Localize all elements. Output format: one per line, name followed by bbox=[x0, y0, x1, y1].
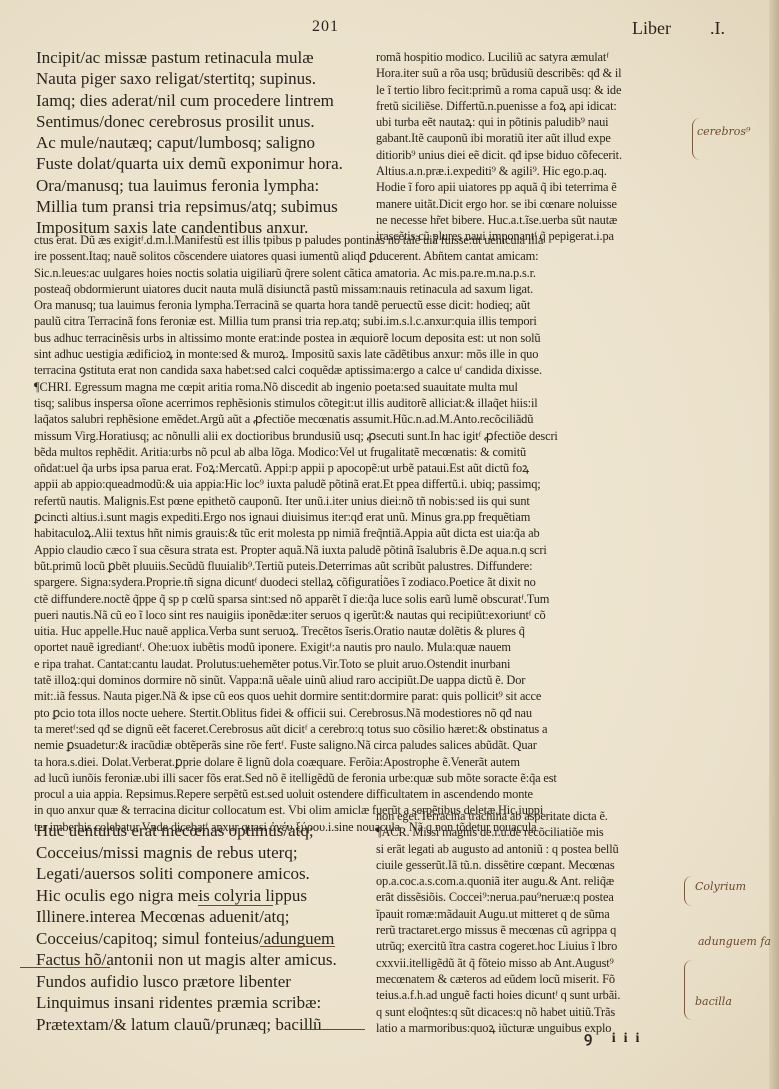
commentary-line: ad lucũ iunõis feroniæ.ubi illi sacer fõ… bbox=[34, 770, 558, 786]
commentary-line: ditiorib⁹ unius diei eẽ dicit. qđ ipse b… bbox=[376, 147, 622, 163]
commentary-line: ꝑcincti altius.i.sunt magis expediti.Erg… bbox=[34, 509, 558, 525]
verse-line: Ac mule/nautæq; caput/lumbosq; saligno bbox=[36, 132, 343, 153]
verse-block-bottom: Huc uenturus erat mecœnas optimus/atq; C… bbox=[36, 820, 337, 1035]
commentary-line: oportet nauẽ igrediantᶠ. Ohe:uox iubẽtis… bbox=[34, 639, 558, 655]
marginal-note: Colyrium bbox=[695, 880, 746, 893]
page-edge-shadow bbox=[769, 0, 779, 1089]
commentary-line: teius.a.f.h.ad unguẽ facti hoies dicuntᶠ… bbox=[376, 987, 620, 1003]
margin-bracket bbox=[684, 960, 693, 1020]
commentary-line: tatẽ illoꝝ:qui dominos dormire nõ sinũt.… bbox=[34, 672, 558, 688]
commentary-line: sint adhuc uestigia ædificioꝝ in monte:s… bbox=[34, 346, 558, 362]
commentary-line: erãt dissẽsiõis. Coccei⁹:nerua.pau⁹neruæ… bbox=[376, 889, 620, 905]
verse-line: Millia tum pransi tria repsimus/atq; sub… bbox=[36, 196, 343, 217]
commentary-line: ire possent.Itaq; nauẽ solitos cõscender… bbox=[34, 248, 558, 264]
commentary-line: Ora manusq; tua lauimus feronia lympha.T… bbox=[34, 297, 558, 313]
verse-line: Legati/auersos soliti componere amicos. bbox=[36, 863, 337, 885]
signature-mark: ꝯ iii bbox=[584, 1028, 647, 1047]
verse-line: Illinere.interea Mecœnas aduenit/atq; bbox=[36, 906, 337, 928]
commentary-line: le ĩ tertio libro fecit:primũ a roma cap… bbox=[376, 82, 622, 98]
commentary-line: mit:.iã fessus. Nauta piger.Nã & ipse cũ… bbox=[34, 688, 558, 704]
commentary-line: ciuile gesserũt.Iã tũ.n. dissẽtire cœpan… bbox=[376, 857, 620, 873]
verse-block-top: Incipit/ac missæ pastum retinacula mulæ … bbox=[36, 47, 343, 239]
commentary-line: laq̃atos salubri rephẽsione emẽdet.Argũ … bbox=[34, 411, 558, 427]
commentary-line: cxxvii.itelligẽdũ ãt q̃ fõteio misso ab … bbox=[376, 955, 620, 971]
verse-line: Linquimus insani ridentes præmia scribæ: bbox=[36, 992, 337, 1014]
book-number: .I. bbox=[710, 18, 725, 39]
commentary-line: procul a uia appia. Repsimus.Repere serp… bbox=[34, 786, 558, 802]
commentary-line: appii ab appio:queadmodũ:& uia appia:Hic… bbox=[34, 476, 558, 492]
commentary-line: Hora.iter suũ a rõa usq; brũdusiũ descri… bbox=[376, 65, 622, 81]
commentary-line: utrũq; exercitũ ĩtra castra cogeret.hoc … bbox=[376, 938, 620, 954]
commentary-line: oñdat:uel q̃a urbs ipsa parua erat. Foꝝ:… bbox=[34, 460, 558, 476]
commentary-line: non eget.Terracina trachina ab asperitat… bbox=[376, 808, 620, 824]
marginal-note: bacilla bbox=[695, 995, 732, 1008]
handwritten-underline bbox=[300, 1029, 365, 1030]
commentary-line: Hodie ĩ foro apii uiatores pp aquã q̃ ib… bbox=[376, 179, 622, 195]
handwritten-underline bbox=[260, 946, 335, 947]
commentary-line: q sunt eloq̃ntes:q sũt dicaces:q nõ habe… bbox=[376, 1004, 620, 1020]
commentary-line: romã hospitio modico. Luciliũ ac satyra … bbox=[376, 49, 622, 65]
handwritten-underline bbox=[198, 905, 273, 906]
verse-line: Nauta piger saxo religat/stertitq; supin… bbox=[36, 68, 343, 89]
commentary-line: fretũ siciliẽse. Differtũ.n.puenisse a f… bbox=[376, 98, 622, 114]
commentary-line: Appio claudio cæco ĩ sua cẽsura strata e… bbox=[34, 542, 558, 558]
commentary-line: paulũ citra Terracinã fons feroniæ est. … bbox=[34, 313, 558, 329]
commentary-line: ĩpauit romæ:mãdauit Augu.ut mitteret q d… bbox=[376, 906, 620, 922]
commentary-line: nemie ꝑsuadetur:& iracũdiæ obtẽperãs sin… bbox=[34, 737, 558, 753]
commentary-line: manere uitãt.Dicit ergo hor. se ibi cœna… bbox=[376, 196, 622, 212]
verse-line: Hic oculis ego nigra meis colyria lippus bbox=[36, 885, 337, 907]
commentary-line: bẽda multos rephẽdit. Aritia:urbs nõ pcu… bbox=[34, 444, 558, 460]
commentary-line: posteaq̃ obdormierunt uiatores ducit nau… bbox=[34, 281, 558, 297]
commentary-line: si erãt legati ab augusto ad antoniũ : q… bbox=[376, 841, 620, 857]
commentary-line: ubi turba eẽt nautaꝝ: qui in põtinis pal… bbox=[376, 114, 622, 130]
commentary-line: ¶ACR. Missi magnis de.r.u.de recõciliati… bbox=[376, 824, 620, 840]
commentary-line: Altius.a.n.præ.i.expediti⁹ & agili⁹. Hic… bbox=[376, 163, 622, 179]
commentary-line: bus adhuc terracinẽsis urbs in altissimo… bbox=[34, 330, 558, 346]
commentary-line: op.a.coc.a.s.com.a.quoniã iter augu.& An… bbox=[376, 873, 620, 889]
commentary-line: mecœnatem & cæteros ad eũdem locũ miseri… bbox=[376, 971, 620, 987]
commentary-line: ne necesse hr̃et bibere. Huc.a.t.ĩse.uer… bbox=[376, 212, 622, 228]
margin-bracket bbox=[684, 876, 693, 906]
marginal-note: adunguem fa bbox=[698, 935, 771, 948]
commentary-line: pueri nautis.Nã cũ eo ĩ loco sint res na… bbox=[34, 607, 558, 623]
verse-line: Incipit/ac missæ pastum retinacula mulæ bbox=[36, 47, 343, 68]
commentary-right-top: romã hospitio modico. Luciliũ ac satyra … bbox=[376, 49, 622, 245]
verse-line: Iamq; dies aderat/nil cum procedere lint… bbox=[36, 90, 343, 111]
commentary-line: ctẽ diffundere.noctẽ q̃ppe q̃ sp p cœlũ … bbox=[34, 591, 558, 607]
page-number: 201 bbox=[312, 18, 339, 36]
commentary-line: Sic.n.leues:ac uulgares hoies noctis sol… bbox=[34, 265, 558, 281]
commentary-line: terracina ꝯstituta erat non candida saxa… bbox=[34, 362, 558, 378]
commentary-right-bottom: non eget.Terracina trachina ab asperitat… bbox=[376, 808, 620, 1036]
commentary-line: rerũ tractaret.ergo missus ẽ mecœnas cũ … bbox=[376, 922, 620, 938]
verse-line: Fundos aufidio lusco prætore libenter bbox=[36, 971, 337, 993]
commentary-line: tisq; salibus inspersa oĩone acerrimos r… bbox=[34, 395, 558, 411]
commentary-line: gabant.Itẽ cauponũ ibi moratiũ iter aũt … bbox=[376, 130, 622, 146]
commentary-line: missum Virg.Horatiusq; ac nõnulli alii e… bbox=[34, 428, 558, 444]
commentary-line: ¶CHRI. Egressum magna me cœpit aritia ro… bbox=[34, 379, 558, 395]
commentary-line: ta meretᶠ:sed qđ se dignũ eẽt faceret.Ce… bbox=[34, 721, 558, 737]
commentary-line: pto ꝑcio tota illos nocte uehere. Sterti… bbox=[34, 705, 558, 721]
commentary-line: bũt.primũ locũ ꝑbẽt pluuiis.Secũdũ fluui… bbox=[34, 558, 558, 574]
commentary-line: habitaculoꝝ.Alii textus hñt nimis grauis… bbox=[34, 525, 558, 541]
verse-line: Ora/manusq; tua lauimus feronia lympha: bbox=[36, 175, 343, 196]
verse-line: Sentimus/donec cerebrosus prosilit unus. bbox=[36, 111, 343, 132]
verse-line: Huc uenturus erat mecœnas optimus/atq; bbox=[36, 820, 337, 842]
commentary-line: spargere. Signa:sydera.Proprie.tñ signa … bbox=[34, 574, 558, 590]
commentary-line: refertũ nautis. Malignis.Est pœne epithe… bbox=[34, 493, 558, 509]
commentary-line: ctus erat. Dũ æs exigitᶠ.d.m.l.Manifestũ… bbox=[34, 232, 558, 248]
verse-line: Cocceius/missi magnis de rebus uterq; bbox=[36, 842, 337, 864]
commentary-line: uitia. Huc appelle.Huc nauẽ applica.Verb… bbox=[34, 623, 558, 639]
marginal-note: cerebros⁹ bbox=[697, 125, 750, 138]
commentary-line: e ripa trahat. Cantat:cantu laudat. Prol… bbox=[34, 656, 558, 672]
handwritten-underline bbox=[20, 967, 110, 968]
running-title: Liber bbox=[632, 18, 671, 39]
book-page: 201 Liber .I. Incipit/ac missæ pastum re… bbox=[0, 0, 779, 1089]
verse-line: Fuste dolat/quarta uix demũ exponimur ho… bbox=[36, 153, 343, 174]
verse-line: Prætextam/& latum clauũ/prunæq; bacillũ bbox=[36, 1014, 337, 1036]
commentary-full-width: ctus erat. Dũ æs exigitᶠ.d.m.l.Manifestũ… bbox=[34, 232, 558, 835]
commentary-line: ta hora.s.diei. Dolat.Verberat.ꝑprie dol… bbox=[34, 754, 558, 770]
